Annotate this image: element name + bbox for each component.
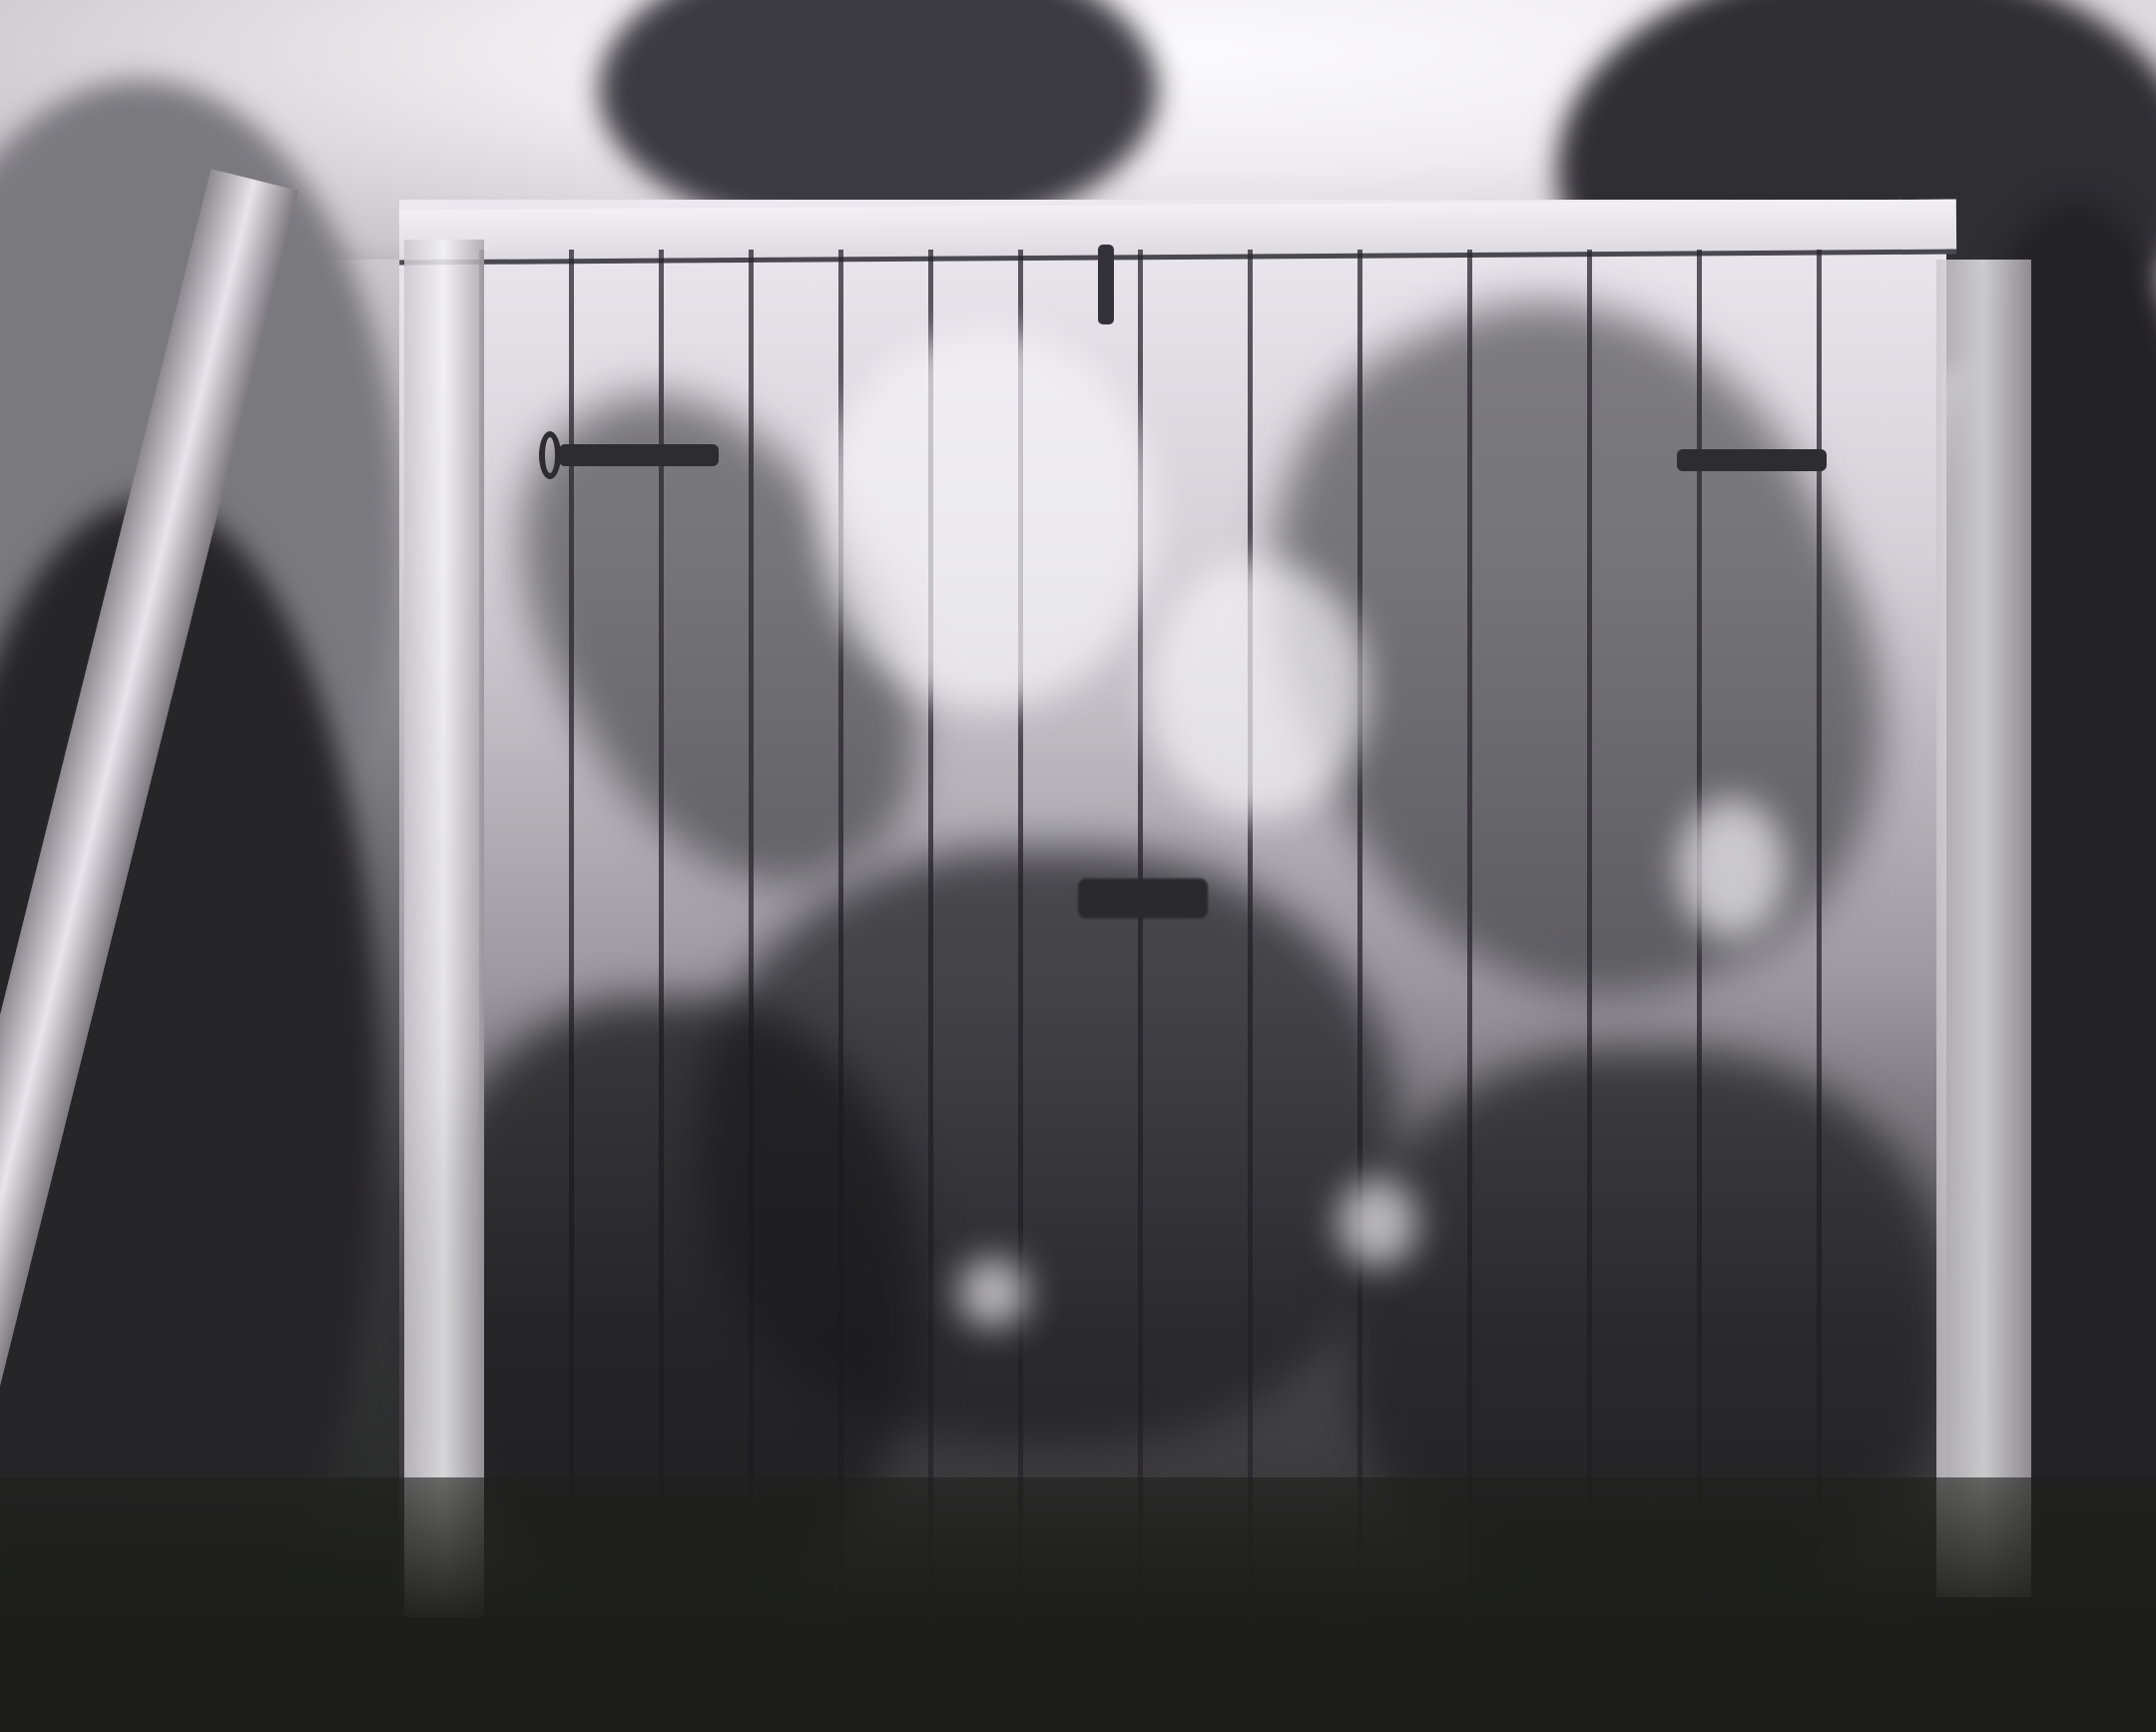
gate-handle: [1078, 878, 1208, 918]
latch: [1098, 245, 1114, 324]
sun-patch: [1148, 559, 1367, 819]
gate-post-left: [404, 240, 484, 1617]
sun-patch: [1338, 1178, 1417, 1268]
gate-post-right: [1936, 260, 2031, 1597]
gate-top-rail: [399, 200, 1956, 266]
ground-foliage: [0, 1477, 2156, 1732]
sun-patch: [1677, 799, 1787, 938]
photo-scene: [0, 0, 2156, 1732]
hinge-icon: [539, 431, 561, 479]
hinge-strap-left: [559, 444, 719, 466]
hinge-strap-right: [1677, 449, 1827, 471]
sun-patch: [818, 329, 1158, 709]
sun-patch: [958, 1258, 1028, 1328]
